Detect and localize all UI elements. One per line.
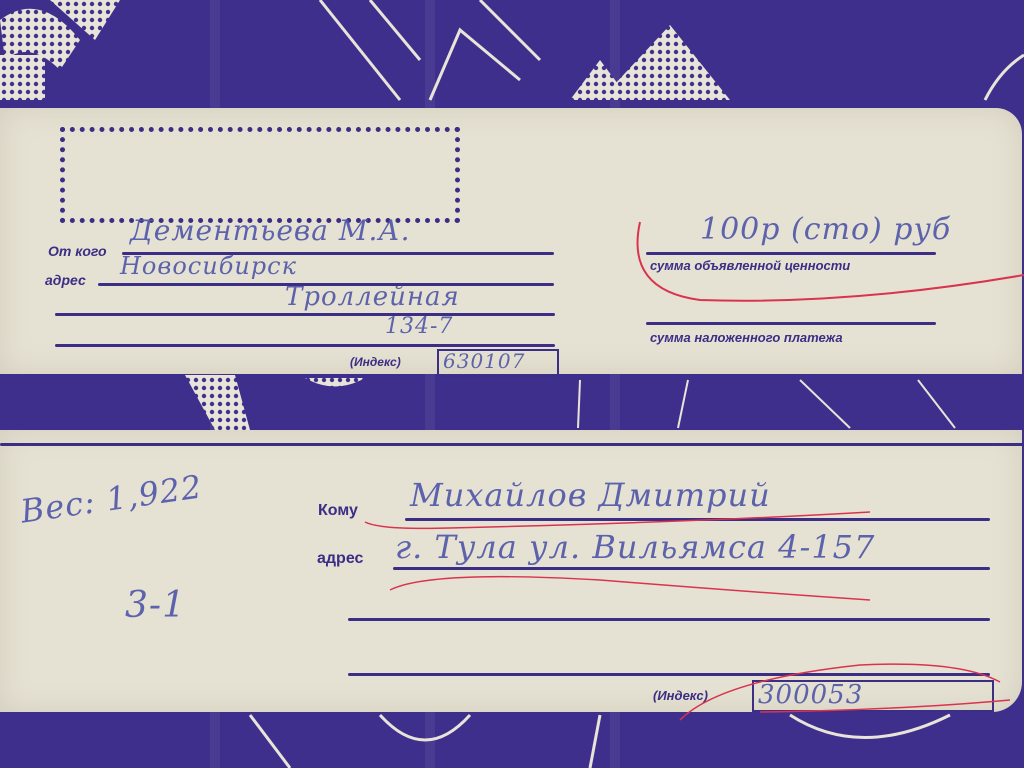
cod-line bbox=[646, 322, 936, 325]
sender-address-label: адрес bbox=[45, 272, 86, 288]
sender-index: 630107 bbox=[443, 349, 525, 373]
declared-value-line bbox=[646, 252, 936, 255]
sender-name: Дементьева М.А. bbox=[130, 214, 411, 247]
sender-address-line-3 bbox=[55, 344, 555, 347]
recipient-index: 300053 bbox=[758, 680, 863, 710]
recipient-address-label: адрес bbox=[317, 550, 363, 568]
separator-line bbox=[0, 443, 1024, 446]
sender-address-house: 134-7 bbox=[385, 314, 453, 339]
sender-address-city: Новосибирск bbox=[120, 252, 297, 280]
sender-address-street: Троллейная bbox=[285, 282, 460, 312]
sender-index-label: (Индекс) bbox=[350, 355, 401, 369]
recipient-panel bbox=[0, 430, 1022, 712]
recipient-address-line-1 bbox=[393, 567, 990, 570]
recipient-name: Михайлов Дмитрий bbox=[410, 476, 771, 514]
recipient-address-line-3 bbox=[348, 673, 990, 676]
recipient-to-label: Кому bbox=[318, 502, 358, 520]
sender-address-line-2 bbox=[55, 313, 555, 316]
declared-value: 100р (сто) руб bbox=[700, 212, 951, 247]
recipient-address: г. Тула ул. Вильямса 4-157 bbox=[395, 528, 875, 566]
from-label: От кого bbox=[48, 243, 107, 259]
stamp-area bbox=[60, 127, 460, 223]
recipient-address-line-2 bbox=[348, 618, 990, 621]
recipient-index-label: (Индекс) bbox=[653, 688, 708, 703]
handwritten-note: 3-1 bbox=[125, 585, 186, 626]
declared-value-label: сумма объявленной ценности bbox=[650, 258, 850, 273]
recipient-name-line bbox=[405, 518, 990, 521]
cod-label: сумма наложенного платежа bbox=[650, 330, 843, 345]
